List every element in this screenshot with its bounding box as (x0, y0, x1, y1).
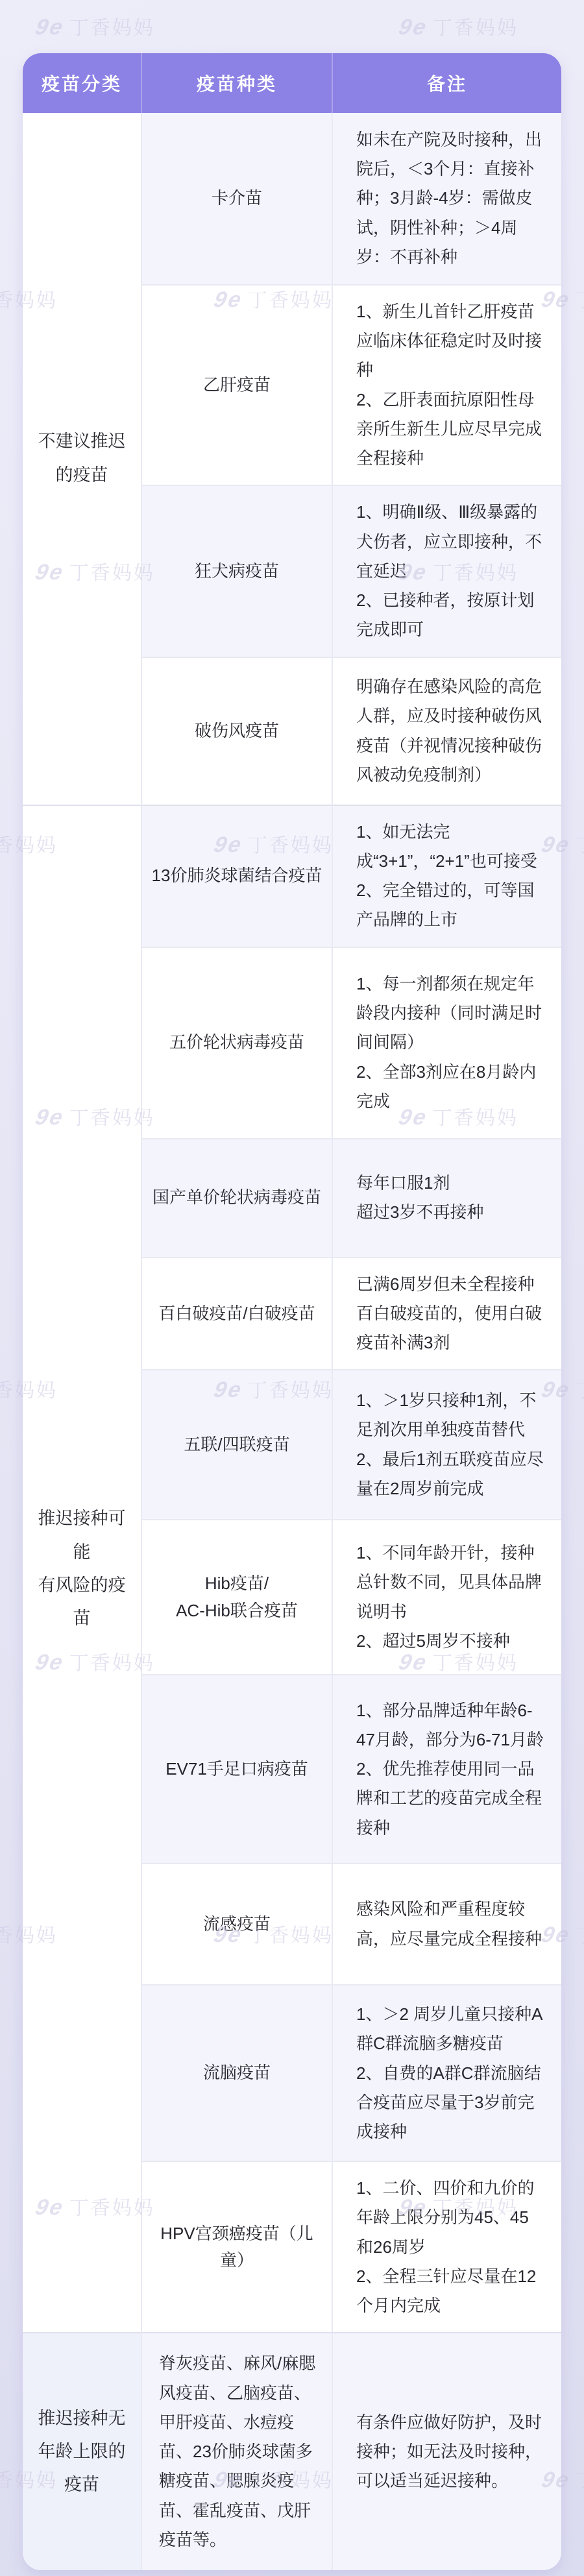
vaccine-name-cell: 破伤风疫苗 (141, 657, 332, 805)
watermark-item: 9e丁香妈妈 (36, 12, 155, 40)
vaccine-name-cell: 国产单价轮状病毒疫苗 (141, 1139, 332, 1258)
vaccine-name-cell: Hib疫苗/ AC-Hib联合疫苗 (141, 1520, 332, 1675)
watermark-text: 丁香妈妈 (576, 290, 584, 311)
notes-cell: 1、部分品牌适种年龄6-47月龄，部分为6-71月龄2、优先推荐使用同一品牌和工… (332, 1675, 561, 1864)
header-vaccine-category: 疫苗分类 (23, 53, 141, 113)
note-line: 2、优先推荐使用同一品牌和工艺的疫苗完成全程接种 (356, 1755, 544, 1843)
vaccine-name-cell: 五联/四联疫苗 (141, 1370, 332, 1520)
note-line: 超过3岁不再接种 (356, 1198, 544, 1227)
note-line: 每年口服1剂 (356, 1169, 544, 1198)
vaccine-name-cell: EV71手足口病疫苗 (141, 1675, 332, 1864)
vaccine-name-cell: HPV宫颈癌疫苗（儿童） (141, 2161, 332, 2333)
notes-cell: 明确存在感染风险的高危人群，应及时接种破伤风疫苗（并视情况接种破伤风被动免疫制剂… (332, 657, 561, 805)
note-line: 明确存在感染风险的高危人群，应及时接种破伤风疫苗（并视情况接种破伤风被动免疫制剂… (356, 672, 544, 790)
note-line: 2、乙肝表面抗原阳性母亲所生新生儿应尽早完成全程接种 (356, 385, 544, 474)
table-row: 不建议推迟 的疫苗卡介苗如未在产院及时接种，出院后，＜3个月：直接补种；3月龄-… (23, 113, 561, 285)
category-cell: 不建议推迟 的疫苗 (23, 113, 141, 805)
vaccine-table-card: 疫苗分类 疫苗种类 备注 不建议推迟 的疫苗卡介苗如未在产院及时接种，出院后，＜… (23, 53, 561, 2570)
notes-cell: 1、不同年龄开针，接种总针数不同，见具体品牌说明书2、超过5周岁不接种 (332, 1520, 561, 1675)
header-row: 疫苗分类 疫苗种类 备注 (23, 53, 561, 113)
table-row: 推迟接种无 年龄上限的 疫苗脊灰疫苗、麻风/麻腮风疫苗、乙脑疫苗、甲肝疫苗、水痘… (23, 2333, 561, 2570)
note-line: 2、全程三针应尽量在12个月内完成 (356, 2262, 544, 2320)
watermark-item: 9e丁香妈妈 (399, 12, 518, 40)
note-line: 2、全部3剂应在8月龄内完成 (356, 1058, 544, 1116)
header-remarks: 备注 (332, 53, 561, 113)
note-line: 1、＞1岁只接种1剂，不足剂次用单独疫苗替代 (356, 1386, 544, 1444)
notes-cell: 感染风险和严重程度较高，应尽量完成全程接种 (332, 1864, 561, 1985)
watermark-text: 丁香妈妈 (576, 835, 584, 857)
notes-cell: 1、如无法完成“3+1”，“2+1”也可接受2、完全错过的，可等国产品牌的上市 (332, 805, 561, 947)
watermark-text: 丁香妈妈 (576, 1380, 584, 1402)
vaccine-name-cell: 狂犬病疫苗 (141, 485, 332, 657)
note-line: 1、明确Ⅱ级、Ⅲ级暴露的犬伤者，应立即接种，不宜延迟 (356, 498, 544, 586)
note-line: 感染风险和严重程度较高，应尽量完成全程接种 (356, 1895, 544, 1953)
note-line: 1、＞2 周岁儿童只接种A群C群流脑多糖疫苗 (356, 2000, 544, 2058)
note-line: 有条件应做好防护，及时接种；如无法及时接种，可以适当延迟接种。 (356, 2408, 544, 2496)
note-line: 1、新生儿首针乙肝疫苗应临床体征稳定时及时接种 (356, 297, 544, 385)
note-line: 2、超过5周岁不接种 (356, 1627, 544, 1656)
vaccine-name-cell: 流感疫苗 (141, 1864, 332, 1985)
watermark-logo-icon: 9e (396, 15, 430, 40)
note-line: 1、每一剂都须在规定年龄段内接种（同时满足时间间隔） (356, 969, 544, 1058)
note-line: 2、完全错过的，可等国产品牌的上市 (356, 876, 544, 934)
vaccine-name-cell: 流脑疫苗 (141, 1985, 332, 2161)
notes-cell: 有条件应做好防护，及时接种；如无法及时接种，可以适当延迟接种。 (332, 2333, 561, 2570)
vaccine-name-cell: 乙肝疫苗 (141, 285, 332, 485)
note-line: 1、部分品牌适种年龄6-47月龄，部分为6-71月龄 (356, 1696, 544, 1755)
notes-cell: 1、二价、四价和九价的年龄上限分别为45、45和26周岁2、全程三针应尽量在12… (332, 2161, 561, 2333)
notes-cell: 1、新生儿首针乙肝疫苗应临床体征稳定时及时接种2、乙肝表面抗原阳性母亲所生新生儿… (332, 285, 561, 485)
note-line: 1、不同年龄开针，接种总针数不同，见具体品牌说明书 (356, 1538, 544, 1627)
note-line: 如未在产院及时接种，出院后，＜3个月：直接补种；3月龄-4岁：需做皮试，阴性补种… (356, 125, 544, 272)
notes-cell: 已满6周岁但未全程接种百白破疫苗的，使用白破疫苗补满3剂 (332, 1258, 561, 1370)
vaccine-name-cell: 13价肺炎球菌结合疫苗 (141, 805, 332, 947)
note-line: 2、自费的A群C群流脑结合疫苗应尽量于3岁前完成接种 (356, 2059, 544, 2147)
vaccine-name-cell: 五价轮状病毒疫苗 (141, 947, 332, 1139)
notes-cell: 如未在产院及时接种，出院后，＜3个月：直接补种；3月龄-4岁：需做皮试，阴性补种… (332, 113, 561, 285)
notes-cell: 1、＞2 周岁儿童只接种A群C群流脑多糖疫苗2、自费的A群C群流脑结合疫苗应尽量… (332, 1985, 561, 2161)
note-line: 已满6周岁但未全程接种百白破疫苗的，使用白破疫苗补满3剂 (356, 1270, 544, 1358)
vaccine-name-cell: 卡介苗 (141, 113, 332, 285)
category-cell: 推迟接种可能 有风险的疫苗 (23, 805, 141, 2333)
note-line: 2、已接种者，按原计划完成即可 (356, 586, 544, 644)
watermark-text: 丁香妈妈 (576, 2470, 584, 2492)
vaccine-table: 疫苗分类 疫苗种类 备注 不建议推迟 的疫苗卡介苗如未在产院及时接种，出院后，＜… (23, 53, 561, 2570)
notes-cell: 1、明确Ⅱ级、Ⅲ级暴露的犬伤者，应立即接种，不宜延迟2、已接种者，按原计划完成即… (332, 485, 561, 657)
note-line: 2、最后1剂五联疫苗应尽量在2周岁前完成 (356, 1445, 544, 1503)
watermark-logo-icon: 9e (33, 15, 67, 40)
watermark-text: 丁香妈妈 (69, 18, 155, 39)
table-row: 推迟接种可能 有风险的疫苗13价肺炎球菌结合疫苗1、如无法完成“3+1”，“2+… (23, 805, 561, 947)
header-vaccine-type: 疫苗种类 (141, 53, 332, 113)
watermark-text: 丁香妈妈 (433, 18, 518, 39)
watermark-text: 丁香妈妈 (576, 1925, 584, 1947)
vaccine-name-cell: 百白破疫苗/白破疫苗 (141, 1258, 332, 1370)
infographic-page: 9e丁香妈妈9e丁香妈妈9e丁香妈妈9e丁香妈妈9e丁香妈妈9e丁香妈妈9e丁香… (0, 0, 584, 2576)
vaccine-name-cell: 脊灰疫苗、麻风/麻腮风疫苗、乙脑疫苗、甲肝疫苗、水痘疫苗、23价肺炎球菌多糖疫苗… (141, 2333, 332, 2570)
category-cell: 推迟接种无 年龄上限的 疫苗 (23, 2333, 141, 2570)
note-line: 1、二价、四价和九价的年龄上限分别为45、45和26周岁 (356, 2174, 544, 2262)
notes-cell: 1、＞1岁只接种1剂，不足剂次用单独疫苗替代2、最后1剂五联疫苗应尽量在2周岁前… (332, 1370, 561, 1520)
note-line: 1、如无法完成“3+1”，“2+1”也可接受 (356, 818, 544, 876)
notes-cell: 每年口服1剂超过3岁不再接种 (332, 1139, 561, 1258)
notes-cell: 1、每一剂都须在规定年龄段内接种（同时满足时间间隔）2、全部3剂应在8月龄内完成 (332, 947, 561, 1139)
